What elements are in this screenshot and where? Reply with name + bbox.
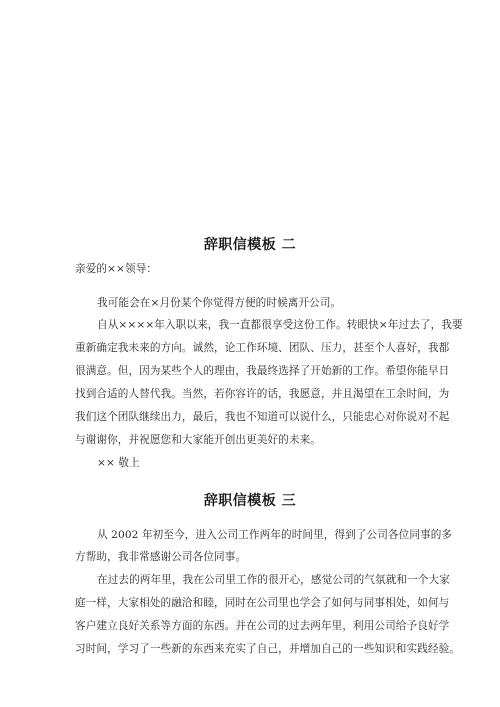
- signature: ×× 敬上: [97, 456, 447, 470]
- paragraph-line: 与谢谢你，并祝愿您和大家能开创出更美好的未来。: [75, 433, 425, 447]
- paragraph-line: 在过去的两年里，我在公司里工作的很开心，感觉公司的气氛就和一个大家: [97, 573, 447, 587]
- paragraph-line: 庭一样，大家相处的融洽和睦，同时在公司里也学会了如何与同事相处，如何与: [75, 596, 425, 610]
- section-2-title: 辞职信模板 二: [75, 234, 425, 254]
- paragraph-line: 从 2002 年初至今，进入公司工作两年的时间里，得到了公司各位同事的多: [97, 528, 447, 542]
- paragraph-line: 客户建立良好关系等方面的东西。并在公司的过去两年里，利用公司给予良好学: [75, 619, 425, 633]
- paragraph-line: 很满意。但，因为某些个人的理由，我最终选择了开始新的工作。希望你能早日: [75, 364, 425, 378]
- paragraph-line: 重新确定我未来的方向。诚然，论工作环境、团队、压力，甚至个人喜好，我都: [75, 341, 425, 355]
- paragraph-line: 我们这个团队继续出力，最后，我也不知道可以说什么，只能忠心对你说对不起: [75, 410, 425, 424]
- paragraph-line: 习时间，学习了一些新的东西来充实了自己，并增加自己的一些知识和实践经验。: [75, 642, 425, 656]
- paragraph-line: 方帮助，我非常感谢公司各位同事。: [75, 550, 425, 564]
- paragraph-line: 找到合适的人替代我。当然，若你容许的话，我愿意，并且渴望在工余时间，为: [75, 387, 425, 401]
- salutation: 亲爱的××领导：: [75, 262, 425, 276]
- paragraph-line: 自从××××年入职以来，我一直都很享受这份工作。转眼快×年过去了，我要: [97, 318, 447, 332]
- paragraph-line: 我可能会在×月份某个你觉得方便的时候离开公司。: [97, 296, 447, 310]
- section-3-title: 辞职信模板 三: [75, 490, 425, 510]
